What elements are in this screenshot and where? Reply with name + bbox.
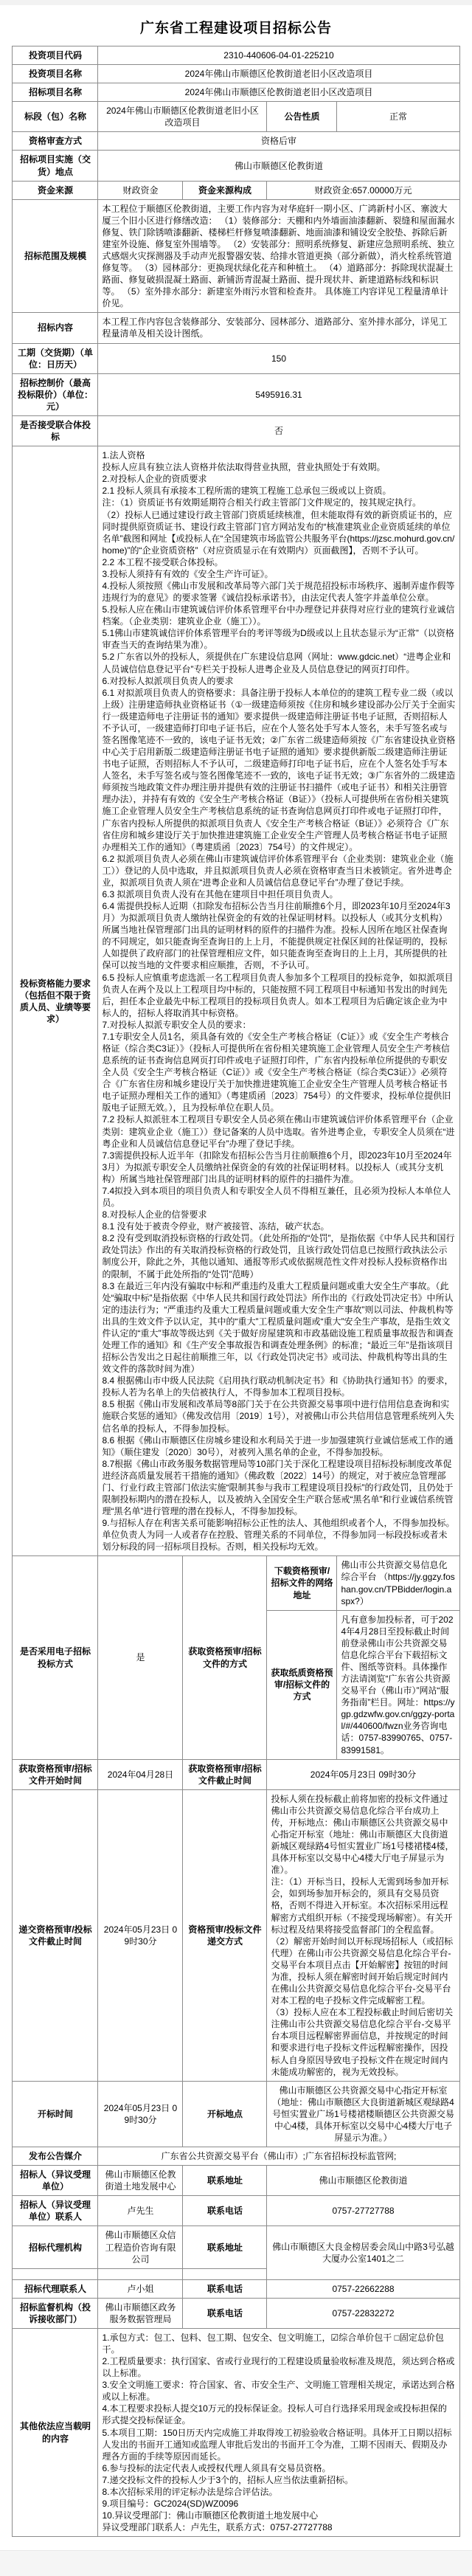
notice-nature-label: 公告性质: [267, 102, 337, 132]
price-ceiling-value: 5495916.31: [98, 373, 459, 415]
table-row: 招标内容 本工程工作内容包含装修部分、安装部分、园林部分、道路部分、室外排水部分…: [13, 313, 459, 343]
table-row: 投标资格能力要求（包括但不限于资质人员、业绩等要求） 1.法人资格 投标人应具有…: [13, 446, 459, 1556]
table-row: 资格审查方式 资格后审: [13, 132, 459, 151]
table-row: 招标代理联系人 卢小姐 联系电话 0757-22662288: [13, 2279, 459, 2298]
supervisor-tel-value: 0757-22832272: [267, 2298, 459, 2328]
spacer-cell: [13, 2268, 98, 2279]
table-row: 标段（包）名称 2024年佛山市顺德区伦教街道老旧小区改造项目 公告性质 正常: [13, 102, 459, 132]
tenderer-tel-label: 联系电话: [183, 2196, 267, 2226]
tenderer-address-value: 佛山市顺德区伦教街道: [267, 2166, 459, 2196]
location-value: 佛山市顺德区伦教街道: [98, 151, 459, 181]
funding-composition-value: 财政资金:657.00000万元: [267, 181, 459, 199]
supervisor-label: 招标监督机构（投诉接收部门）: [13, 2298, 98, 2328]
table-row: 是否接受联合体投标 否: [13, 415, 459, 446]
duration-label: 工期（交货期）（单位：日历天）: [13, 343, 98, 373]
supervisor-value: 佛山市顺德区政务服务数据管理局: [98, 2298, 183, 2328]
table-row: 发布公告媒介 广东省公共资源交易平台（佛山市）;广东省招标投标监管网;: [13, 2147, 459, 2166]
table-row: 投资项目代码 2310-440606-04-01-225210: [13, 46, 459, 65]
consortium-label: 是否接受联合体投标: [13, 415, 98, 446]
funding-source-value: 财政资金: [98, 181, 183, 199]
content-label: 招标内容: [13, 313, 98, 343]
agency-address-value: 佛山市顺德区大良金榜居委会凤山中路3号弘越大厦办公室1401之二: [267, 2226, 459, 2279]
agency-contact-value: 卢小姐: [98, 2279, 183, 2298]
other-content-text: 1.承包方式：包工、包料、包工期、包安全、包文明施工，☑综合单价包干 □固定总价…: [98, 2328, 459, 2536]
download-url-label: 下载资格预审/招标文件的网络地址: [267, 1556, 337, 1610]
table-row: 招标人（异议受理单位）联系人 卢先生 联系电话 0757-27727788: [13, 2196, 459, 2226]
tenderer-label: 招标人（异议受理单位）: [13, 2166, 98, 2196]
table-row: 招标监督机构（投诉接收部门） 佛山市顺德区政务服务数据管理局 联系电话 0757…: [13, 2298, 459, 2328]
qual-review-label: 资格审查方式: [13, 132, 98, 151]
doc-start-label: 获取资格预审/招标文件开始时间: [13, 1759, 98, 1789]
tender-announcement-page: 广东省工程建设项目招标公告 投资项目代码 2310-440606-04-01-2…: [0, 17, 472, 2550]
duration-value: 150: [98, 343, 459, 373]
table-row: 招标控制价（最高投标限价）（单位：元） 5495916.31: [13, 373, 459, 415]
opening-time-label: 开标时间: [13, 2081, 98, 2147]
tenderer-tel-value: 0757-27727788: [267, 2196, 459, 2226]
table-row: 是否采用电子招标投标方式 是 获取资格预审/招标文件的方式 下载资格预审/招标文…: [13, 1556, 459, 1610]
paper-doc-value: 凡有意参加投标者，可于2024年4月28日至投标截止时间前登录佛山市公共资源交易…: [337, 1610, 459, 1759]
content-text: 本工程工作内容包含装修部分、安装部分、园林部分、道路部分、室外排水部分，详见工程…: [98, 313, 459, 343]
download-url-value: 佛山市公共资源交易信息化综合平台 （https://jy.ggzy.foshan…: [337, 1556, 459, 1610]
tender-name-value: 2024年佛山市顺德区伦教街道老旧小区改造项目: [98, 83, 459, 102]
agency-contact-label: 招标代理联系人: [13, 2279, 98, 2298]
table-row: 其他依法应当载明的内容 1.承包方式：包工、包料、包工期、包安全、包文明施工，☑…: [13, 2328, 459, 2536]
project-code-value: 2310-440606-04-01-225210: [98, 46, 459, 65]
project-code-label: 投资项目代码: [13, 46, 98, 65]
table-row: 招标人（异议受理单位） 佛山市顺德区伦教街道土地发展中心 联系地址 佛山市顺德区…: [13, 2166, 459, 2196]
invest-name-label: 投资项目名称: [13, 65, 98, 83]
notice-nature-value: 正常: [337, 102, 459, 132]
doc-start-value: 2024年04月28日: [98, 1759, 183, 1789]
e-bidding-value: 是: [98, 1556, 183, 1759]
get-method-label: 获取资格预审/招标文件的方式: [183, 1556, 267, 1759]
invest-name-value: 2024年佛山市顺德区伦教街道老旧小区改造项目: [98, 65, 459, 83]
supervisor-tel-label: 联系电话: [183, 2298, 267, 2328]
submit-deadline-label: 递交资格预审/投标文件截止时间: [13, 1789, 98, 2081]
qual-review-value: 资格后审: [98, 132, 459, 151]
other-content-label: 其他依法应当载明的内容: [13, 2328, 98, 2536]
tenderer-contact-value: 卢先生: [98, 2196, 183, 2226]
tender-name-label: 招标项目名称: [13, 83, 98, 102]
opening-place-label: 开标地点: [183, 2081, 267, 2147]
media-label: 发布公告媒介: [13, 2147, 98, 2166]
agency-tel-value: 0757-22662288: [267, 2279, 459, 2298]
agency-label: 招标代理机构: [13, 2226, 98, 2268]
table-row: 工期（交货期）（单位：日历天） 150: [13, 343, 459, 373]
qualification-req-label: 投标资格能力要求（包括但不限于资质人员、业绩等要求）: [13, 446, 98, 1556]
doc-end-value: 2024年05月23日 09时30分: [267, 1759, 459, 1789]
submit-method-text: 投标人须在投标截止前将加密的投标文件通过佛山市公共资源交易信息化综合平台成功上传…: [267, 1789, 459, 2081]
funding-composition-label: 资金来源构成: [183, 181, 267, 199]
paper-doc-label: 获取纸质资格预审/招标文件的方式: [267, 1610, 337, 1759]
table-row: 开标时间 2024年05月23日 09时30分 开标地点 佛山市顺德区公共资源交…: [13, 2081, 459, 2147]
agency-address-label: 联系地址: [183, 2226, 267, 2268]
consortium-value: 否: [98, 415, 459, 446]
tenderer-contact-label: 招标人（异议受理单位）联系人: [13, 2196, 98, 2226]
section-name-value: 2024年佛山市顺德区伦教街道老旧小区改造项目: [98, 102, 267, 132]
scope-text: 本工程位于顺德区伦教街道，主要工作内容为对华庭轩一期小区、广鸿新村小区、寨波大厦…: [98, 199, 459, 313]
funding-label: 资金来源: [13, 181, 98, 199]
table-row: 获取资格预审/招标文件开始时间 2024年04月28日 获取资格预审/招标文件截…: [13, 1759, 459, 1789]
agency-tel-label: 联系电话: [183, 2279, 267, 2298]
agency-value: 佛山市顺德区众信工程造价咨询有限公司: [98, 2226, 183, 2268]
location-label: 招标项目实施（交货）地点: [13, 151, 98, 181]
spacer-cell: [98, 2268, 183, 2279]
tenderer-value: 佛山市顺德区伦教街道土地发展中心: [98, 2166, 183, 2196]
price-ceiling-label: 招标控制价（最高投标限价）（单位：元）: [13, 373, 98, 415]
media-value: 广东省公共资源交易平台（佛山市）;广东省招标投标监管网;: [98, 2147, 459, 2166]
tenderer-address-label: 联系地址: [183, 2166, 267, 2196]
page-bottom-strip: [0, 2550, 472, 2576]
opening-place-value: 佛山市顺德区公共资源交易中心指定开标室（地址：佛山市顺德区大良街道新城区观绿路4…: [267, 2081, 459, 2147]
page-top-strip: [0, 0, 472, 5]
table-row: 招标范围及规模 本工程位于顺德区伦教街道，主要工作内容为对华庭轩一期小区、广鸿新…: [13, 199, 459, 313]
qualification-req-text: 1.法人资格 投标人应具有独立法人资格并依法取得营业执照，营业执照处于有效期。 …: [98, 446, 459, 1556]
spacer-cell: [183, 2268, 267, 2279]
e-bidding-label: 是否采用电子招标投标方式: [13, 1556, 98, 1759]
doc-end-label: 获取资格预审/招标文件截止时间: [183, 1759, 267, 1789]
page-title: 广东省工程建设项目招标公告: [0, 17, 472, 37]
table-row: 招标项目实施（交货）地点 佛山市顺德区伦教街道: [13, 151, 459, 181]
tender-announcement-table: 投资项目代码 2310-440606-04-01-225210 投资项目名称 2…: [12, 46, 459, 2537]
opening-time-value: 2024年05月23日 09时30分: [98, 2081, 183, 2147]
table-row: 投资项目名称 2024年佛山市顺德区伦教街道老旧小区改造项目: [13, 65, 459, 83]
table-row: 递交资格预审/投标文件截止时间 2024年05月23日 09时30分 资格预审/…: [13, 1789, 459, 2081]
section-name-label: 标段（包）名称: [13, 102, 98, 132]
table-row: 招标项目名称 2024年佛山市顺德区伦教街道老旧小区改造项目: [13, 83, 459, 102]
scope-label: 招标范围及规模: [13, 199, 98, 313]
table-row: 招标代理机构 佛山市顺德区众信工程造价咨询有限公司 联系地址 佛山市顺德区大良金…: [13, 2226, 459, 2268]
submit-method-label: 资格预审/投标文件递交方式: [183, 1789, 267, 2081]
table-row: 资金来源 财政资金 资金来源构成 财政资金:657.00000万元: [13, 181, 459, 199]
submit-deadline-value: 2024年05月23日 09时30分: [98, 1789, 183, 2081]
